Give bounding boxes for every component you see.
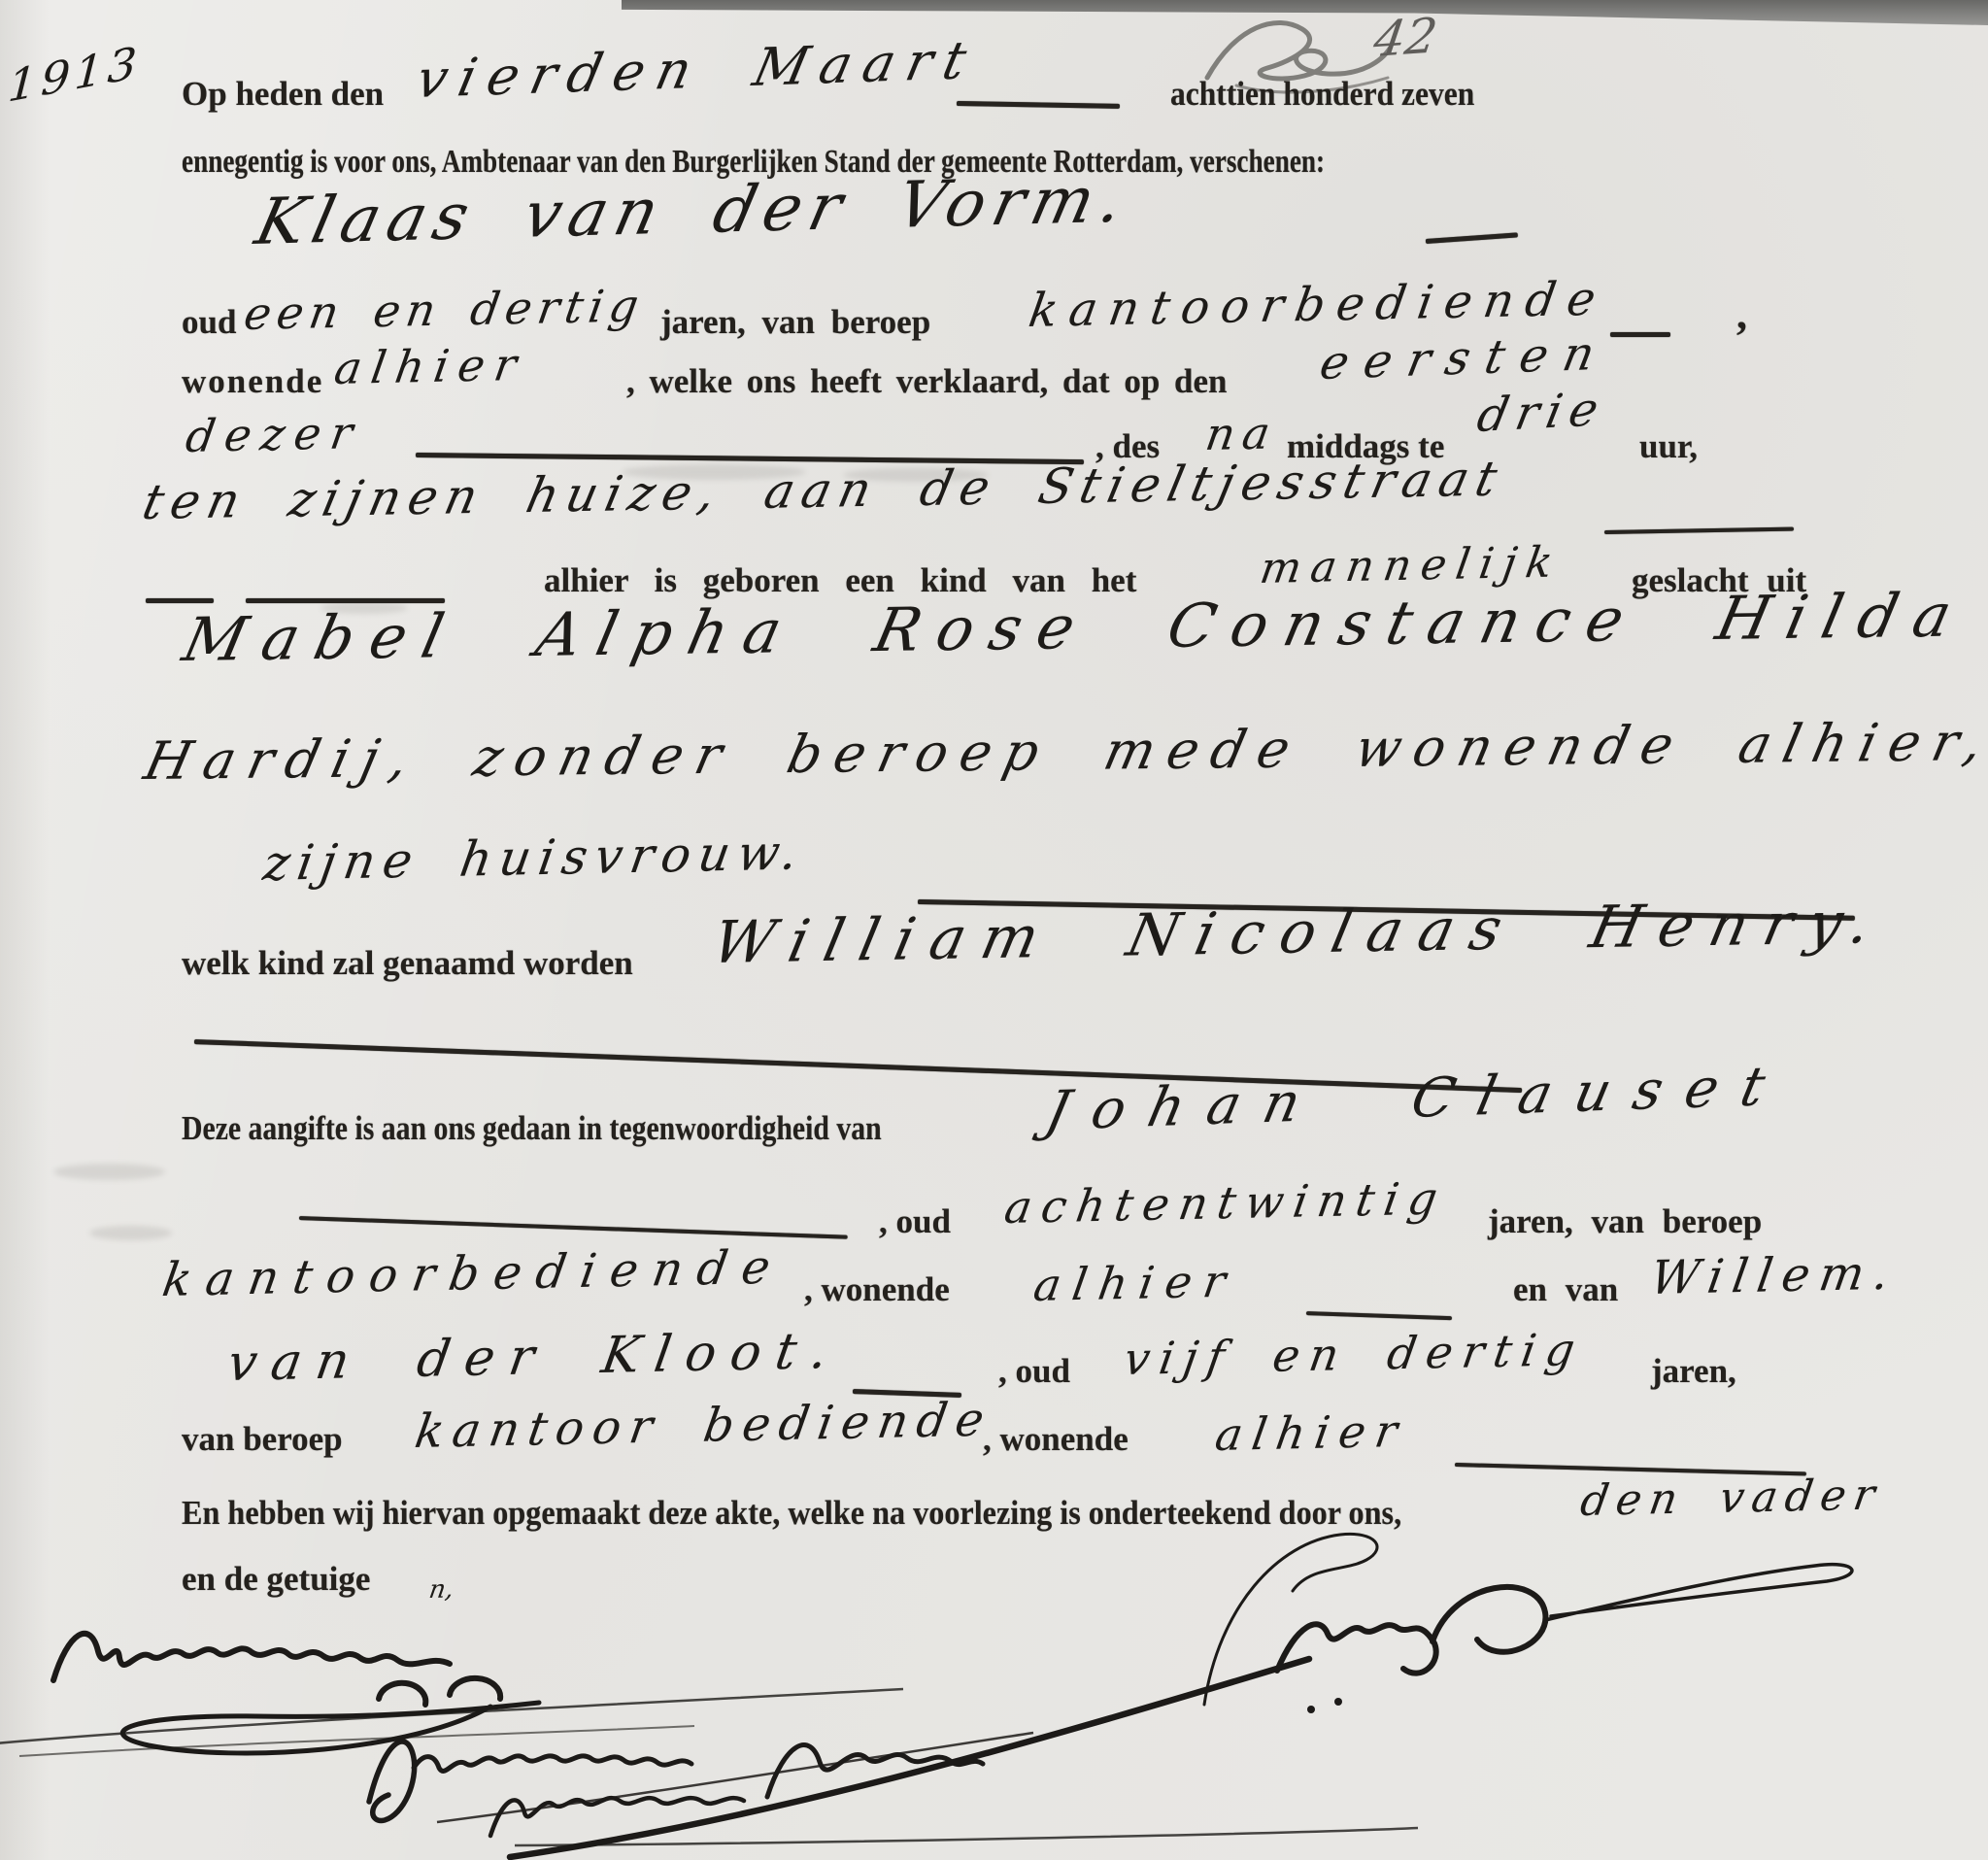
print-w1-oud: , oud bbox=[879, 1202, 951, 1241]
hw-birth-hour: drie bbox=[1472, 382, 1610, 443]
hw-mother-given-names: Mabel Alpha Rose Constance Hilda bbox=[177, 579, 1974, 675]
hw-witness2-residence: alhier bbox=[1212, 1404, 1411, 1461]
filler-dash bbox=[146, 598, 214, 603]
hw-act-date: vierden Maart bbox=[411, 29, 983, 110]
print-comma: , bbox=[1736, 289, 1747, 339]
print-child-name-label: welk kind zal genaamd worden bbox=[182, 944, 633, 983]
print-w1-jaren-beroep: jaren, van beroep bbox=[1488, 1202, 1762, 1241]
hw-birth-day: eersten bbox=[1316, 326, 1615, 390]
print-jaren-van-beroep: jaren, van beroep bbox=[660, 303, 930, 342]
filler-dash bbox=[1610, 332, 1670, 337]
signature-witness-kloot bbox=[418, 1641, 1428, 1860]
hw-witness1-age: achtentwintig bbox=[1001, 1172, 1451, 1234]
print-w2-jaren: jaren, bbox=[1651, 1352, 1736, 1391]
filler-line bbox=[299, 1216, 848, 1239]
hw-witness2-surname: van der Kloot. bbox=[223, 1322, 846, 1393]
print-year-part1: achttien honderd zeven bbox=[1170, 75, 1474, 114]
hw-daypart: na bbox=[1202, 406, 1282, 460]
hw-witness1-profession: kantoorbediende bbox=[159, 1240, 789, 1307]
hw-mother-surname-line: Hardij, zonder beroep mede wonende alhie… bbox=[139, 711, 1988, 792]
filler-dash bbox=[957, 101, 1120, 109]
print-op-heden-den: Op heden den bbox=[182, 75, 384, 114]
print-verklaard: , welke ons heeft verklaard, dat op den bbox=[626, 362, 1228, 401]
filler-dash bbox=[1426, 232, 1518, 244]
print-w2-wonende: , wonende bbox=[983, 1420, 1129, 1459]
print-en-de-getuige: en de getuige bbox=[182, 1560, 370, 1599]
bleed-through-smudge bbox=[53, 1164, 165, 1180]
print-w1-wonende: , wonende bbox=[804, 1270, 950, 1309]
hw-dezer: dezer bbox=[183, 406, 366, 462]
print-oud: oud bbox=[182, 303, 236, 342]
hw-child-name: William Nicolaas Henry. bbox=[707, 889, 1894, 977]
hw-declarant-age: een en dertig bbox=[241, 279, 648, 340]
hw-birth-location: ten zijnen huize, aan de Stieltjesstraat bbox=[138, 451, 1510, 530]
print-w2-beroep-label: van beroep bbox=[182, 1420, 343, 1459]
filler-dash bbox=[1604, 527, 1794, 534]
print-witness-intro: Deze aangifte is aan ons gedaan in tegen… bbox=[182, 1109, 882, 1148]
hw-witness1-name: Johan Clauset bbox=[1040, 1055, 1794, 1143]
hw-witness2-age: vijf en dertig bbox=[1121, 1323, 1588, 1385]
print-uur: uur, bbox=[1639, 427, 1698, 466]
filler-line bbox=[1306, 1311, 1452, 1320]
hw-witness1-residence: alhier bbox=[1030, 1255, 1241, 1311]
hw-declarant-profession: kantoorbediende bbox=[1026, 272, 1611, 338]
scanned-birth-certificate: 1913 42 Op heden den vierden Maart achtt… bbox=[0, 0, 1988, 1860]
hw-witness2-profession: kantoor bediende bbox=[412, 1393, 996, 1459]
print-en-van: en van bbox=[1513, 1270, 1618, 1309]
print-wonende: wonende bbox=[182, 362, 323, 401]
print-w2-oud: , oud bbox=[998, 1352, 1070, 1391]
hw-declarant-residence: alhier bbox=[331, 338, 530, 394]
hw-mother-relation: zijne huisvrouw. bbox=[259, 824, 809, 892]
hw-witness2-firstname: Willem. bbox=[1647, 1246, 1903, 1305]
margin-year: 1913 bbox=[7, 36, 143, 112]
corner-act-number: 42 bbox=[1370, 8, 1441, 68]
bleed-through-smudge bbox=[89, 1226, 172, 1240]
